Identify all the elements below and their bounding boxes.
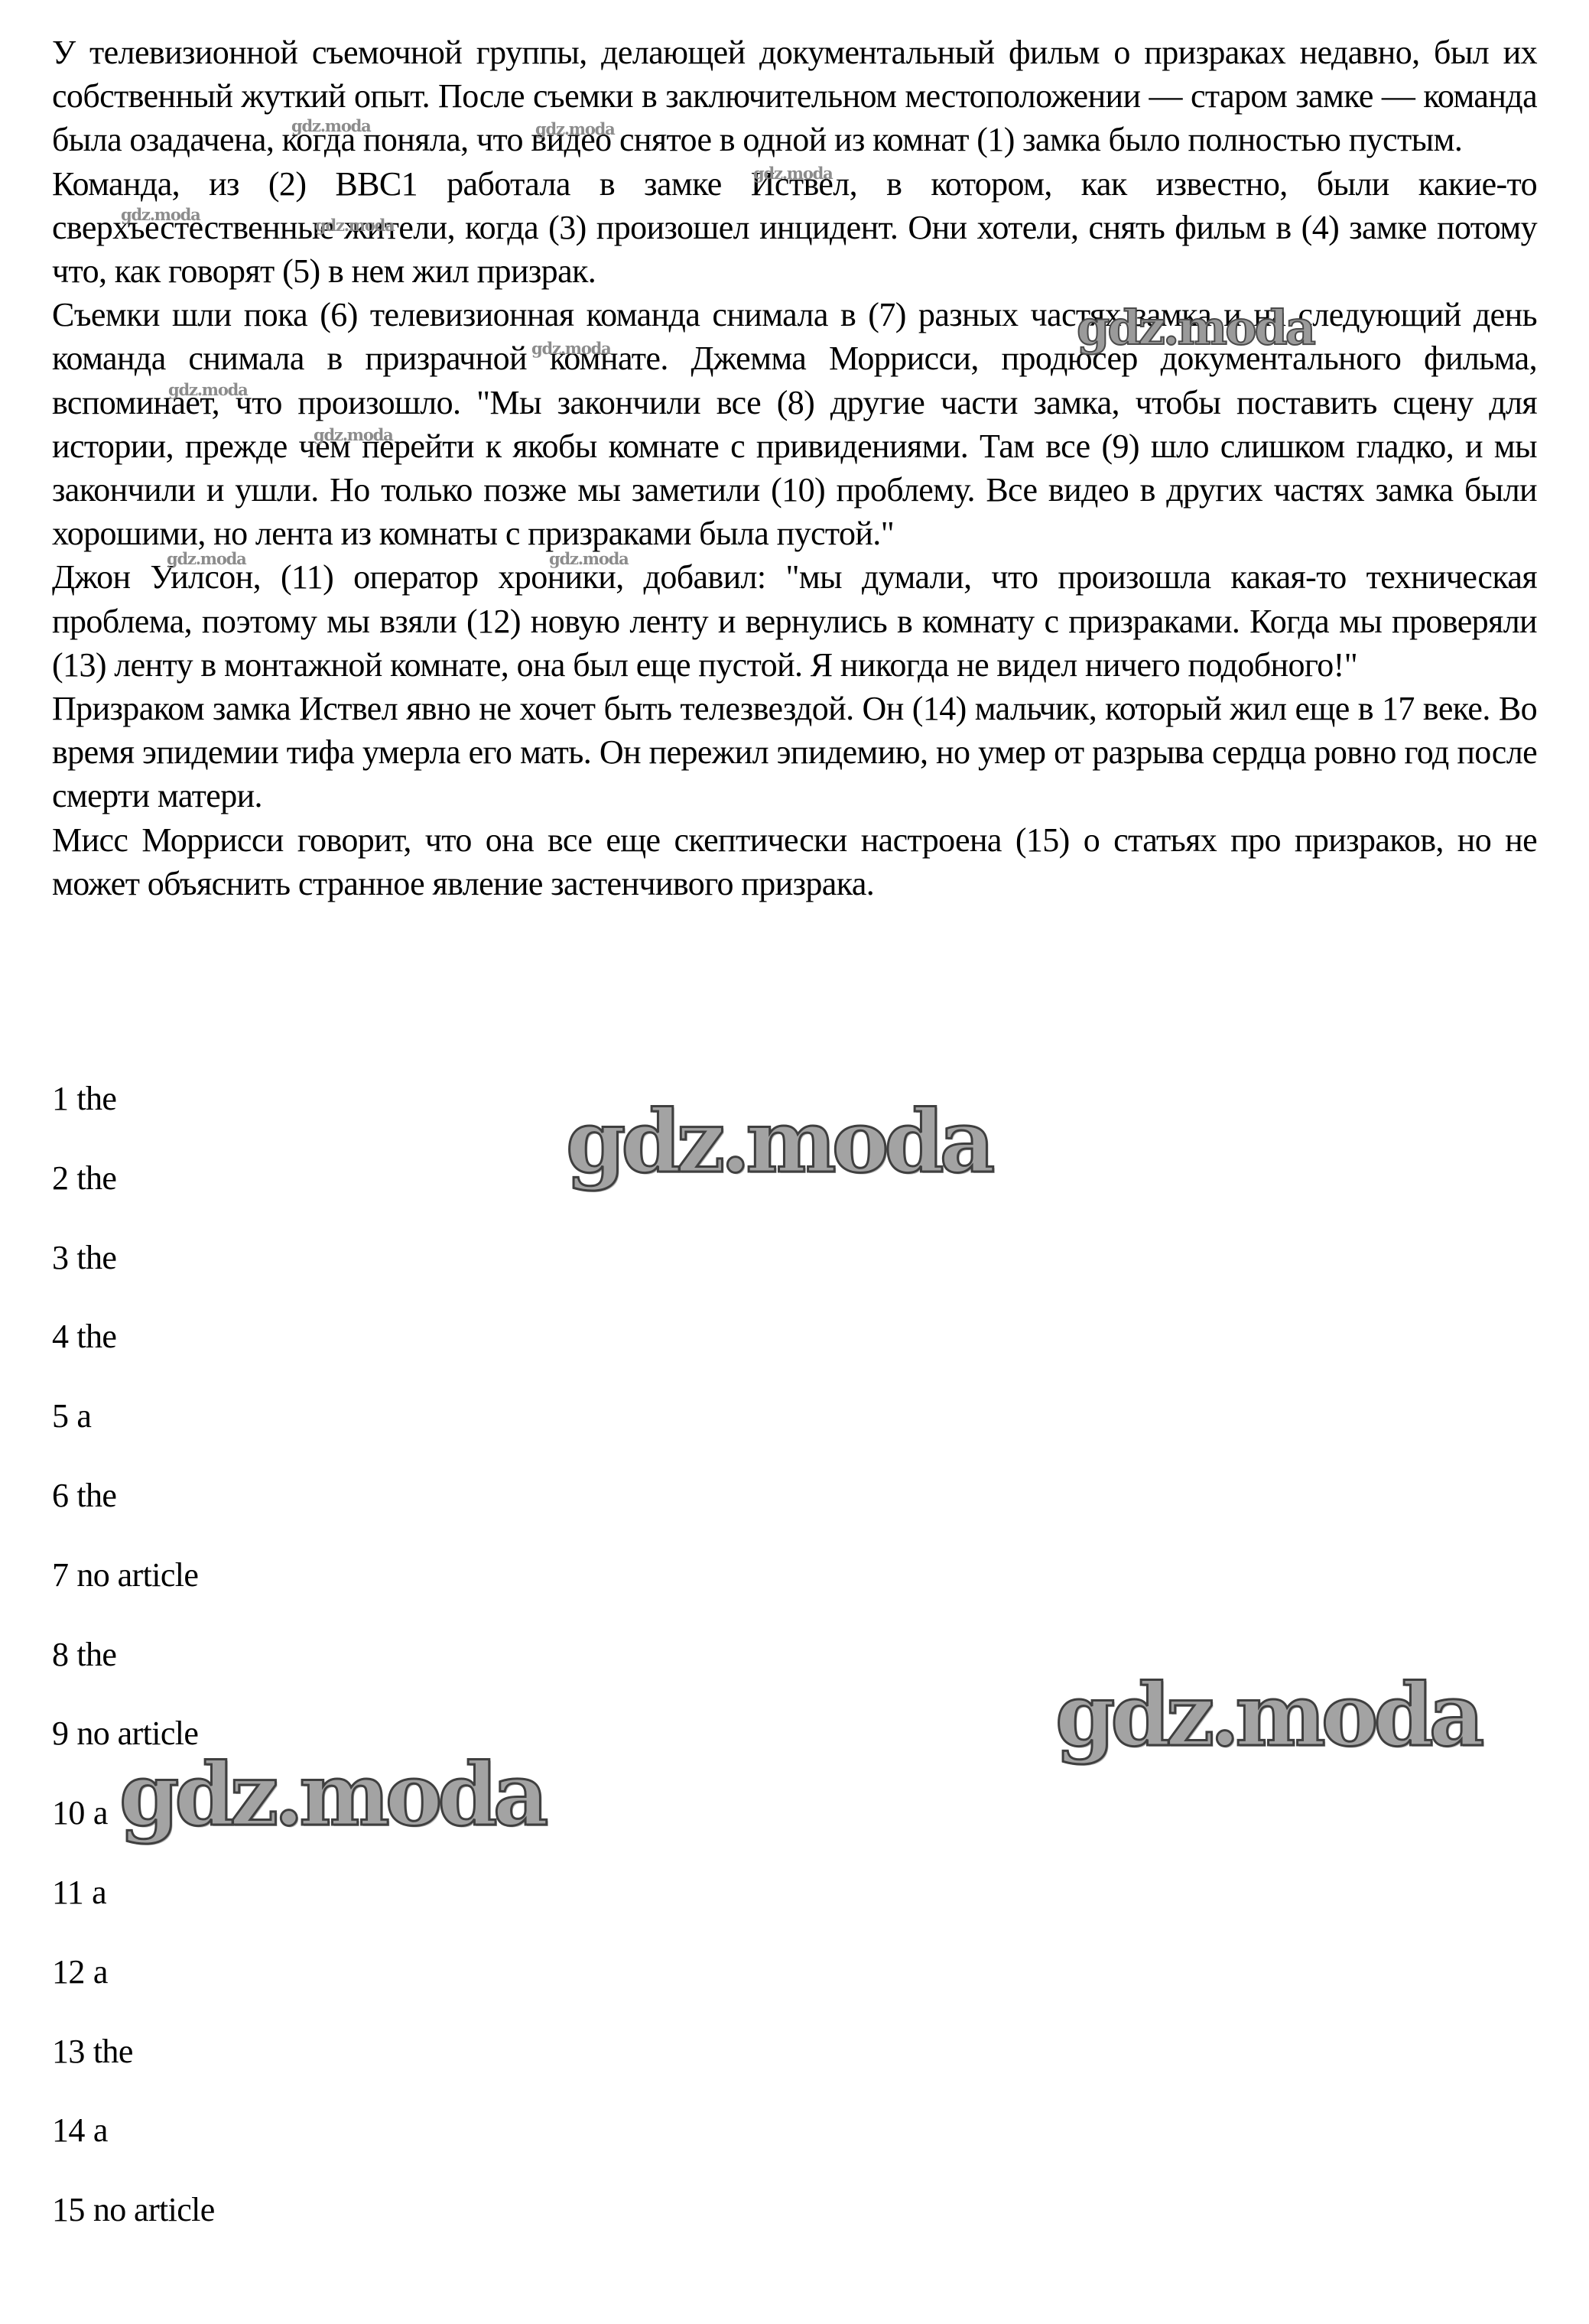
answer-item: 10a <box>52 1791 215 1871</box>
answer-number: 13 <box>52 2033 85 2070</box>
paragraph-ghost: Призраком замка Иствел явно не хочет быт… <box>52 687 1537 818</box>
answer-item: 14a <box>52 2108 215 2188</box>
watermark: gdz.moda <box>566 1092 990 1192</box>
answer-number: 8 <box>52 1636 68 1673</box>
answer-value: a <box>92 1874 106 1911</box>
answer-item: 15no article <box>52 2188 215 2267</box>
answer-item: 3the <box>52 1236 215 1315</box>
answer-value: no article <box>76 1556 198 1594</box>
watermark: gdz.moda <box>1055 1666 1480 1766</box>
answer-value: no article <box>76 1715 198 1752</box>
answer-value: the <box>76 1080 116 1117</box>
answer-item: 1the <box>52 1077 215 1156</box>
answer-item: 7no article <box>52 1553 215 1633</box>
answer-value: a <box>76 1397 91 1435</box>
answer-value: the <box>76 1636 116 1673</box>
answer-item: 12a <box>52 1950 215 2030</box>
document-page: У телевизионной съемочной группы, делающ… <box>0 0 1589 2324</box>
article-text: У телевизионной съемочной группы, делающ… <box>52 31 1537 905</box>
answer-value: the <box>93 2033 133 2070</box>
answer-number: 4 <box>52 1318 68 1355</box>
answer-number: 3 <box>52 1239 68 1276</box>
answer-value: no article <box>93 2191 215 2228</box>
answer-number: 15 <box>52 2191 85 2228</box>
answer-value: a <box>93 2111 108 2149</box>
answer-number: 11 <box>52 1874 83 1911</box>
answer-number: 10 <box>52 1794 85 1832</box>
answer-number: 9 <box>52 1715 68 1752</box>
paragraph-filming: Съемки шли пока (6) телевизионная команд… <box>52 293 1537 555</box>
answer-number: 5 <box>52 1397 68 1435</box>
answer-item: 9no article <box>52 1711 215 1791</box>
answer-item: 8the <box>52 1633 215 1712</box>
paragraph-team: Команда, из (2) BBC1 работала в замке Ис… <box>52 162 1537 294</box>
answer-value: a <box>93 1953 108 1991</box>
answer-item: 13the <box>52 2030 215 2109</box>
answer-number: 14 <box>52 2111 85 2149</box>
answer-number: 1 <box>52 1080 68 1117</box>
answer-item: 5a <box>52 1394 215 1474</box>
answer-item: 11a <box>52 1871 215 1950</box>
paragraph-intro: У телевизионной съемочной группы, делающ… <box>52 31 1537 162</box>
answer-number: 12 <box>52 1953 85 1991</box>
answer-number: 7 <box>52 1556 68 1594</box>
answer-value: the <box>76 1239 116 1276</box>
paragraph-morrissey: Мисс Моррисси говорит, что она все еще с… <box>52 818 1537 905</box>
answer-value: the <box>76 1477 116 1514</box>
answer-item: 4the <box>52 1315 215 1394</box>
answer-item: 6the <box>52 1474 215 1553</box>
answer-value: a <box>93 1794 108 1832</box>
answer-item: 2the <box>52 1156 215 1236</box>
answer-value: the <box>76 1159 116 1197</box>
paragraph-wilson: Джон Уилсон, (11) оператор хроники, доба… <box>52 555 1537 687</box>
answer-value: the <box>76 1318 116 1355</box>
answer-list: 1the 2the 3the 4the 5a 6the 7no article … <box>52 1077 215 2267</box>
answer-number: 6 <box>52 1477 68 1514</box>
answer-number: 2 <box>52 1159 68 1197</box>
